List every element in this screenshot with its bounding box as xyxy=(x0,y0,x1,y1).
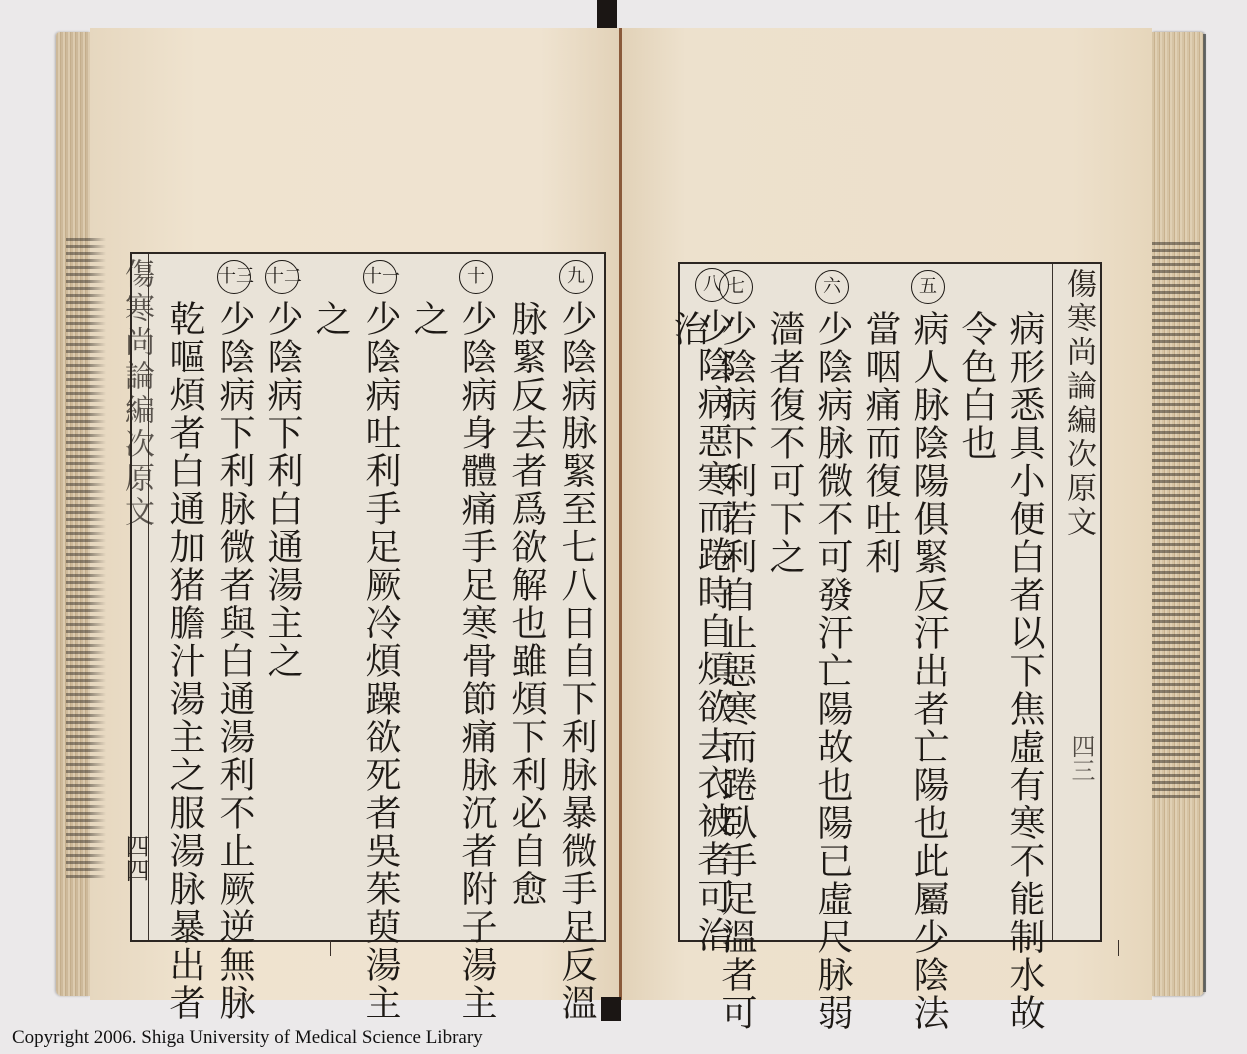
text-column: 脉緊反去者爲欲解也雖煩下利必自愈 xyxy=(504,300,548,908)
bookmark-ribbon-bottom xyxy=(601,997,621,1021)
text-column: 令色白也 xyxy=(954,310,998,462)
entry-number-badge: 十三 xyxy=(217,260,251,294)
margin-title: 傷寒尚論編次原文 xyxy=(114,258,158,530)
copyright-notice: Copyright 2006. Shiga University of Medi… xyxy=(12,1027,483,1049)
text-column: 九少陰病脉緊至七八日自下利脉暴微手足反溫 xyxy=(554,260,598,1022)
fold-line xyxy=(1052,264,1053,940)
text-column: 十少陰病身體痛手足寒骨節痛脉沉者附子湯主 xyxy=(454,260,498,1022)
open-book: 傷寒尚論編次原文 四四 九少陰病脉緊至七八日自下利脉暴微手足反溫 脉緊反去者爲欲… xyxy=(56,28,1204,1004)
right-page-frame: 傷寒尚論編次原文 四三 病形悉具小便白者以下焦虛有寒不能制水故 令色白也 五病人… xyxy=(678,262,1102,942)
ink-bleed-left xyxy=(66,238,106,878)
entry-number-badge: 九 xyxy=(559,260,593,294)
text-column: 五病人脉陰陽俱緊反汗出者亡陽也此屬少陰法 xyxy=(906,270,950,1032)
cut-mark xyxy=(1118,940,1119,956)
text-column: 之 xyxy=(406,300,450,338)
left-page: 傷寒尚論編次原文 四四 九少陰病脉緊至七八日自下利脉暴微手足反溫 脉緊反去者爲欲… xyxy=(90,28,620,1000)
margin-title: 傷寒尚論編次原文 xyxy=(1056,268,1100,540)
page-number: 四四 xyxy=(118,834,153,882)
entry-number-badge: 十 xyxy=(459,260,493,294)
entry-number-badge: 十二 xyxy=(265,260,299,294)
left-page-frame: 傷寒尚論編次原文 四四 九少陰病脉緊至七八日自下利脉暴微手足反溫 脉緊反去者爲欲… xyxy=(130,252,606,942)
entry-number-badge: 五 xyxy=(911,270,945,304)
cut-mark xyxy=(330,940,331,956)
text-column: 十三少陰病下利脉微者與白通湯利不止厥逆無脉 xyxy=(212,260,256,1022)
text-column: 濇者復不可下之 xyxy=(762,310,806,576)
text-column: 之 xyxy=(308,300,352,338)
entry-number-badge: 六 xyxy=(815,270,849,304)
page-number: 四三 xyxy=(1064,734,1099,782)
ink-bleed-right xyxy=(1152,238,1200,798)
text-column: 病形悉具小便白者以下焦虛有寒不能制水故 xyxy=(1002,310,1046,1032)
text-column: 十一少陰病吐利手足厥冷煩躁欲死者吳茱萸湯主 xyxy=(358,260,402,1022)
text-column: 乾嘔煩者白通加猪膽汁湯主之服湯脉暴出者 xyxy=(162,300,206,1022)
text-column: 十二少陰病下利白通湯主之 xyxy=(260,260,304,680)
text-column: 八少陰病惡寒而踡時自煩欲去衣被者可治 xyxy=(690,268,734,954)
bookmark-ribbon-top xyxy=(597,0,617,30)
text-column: 當咽痛而復吐利 xyxy=(858,310,902,576)
text-column: 六少陰病脉微不可發汗亡陽故也陽已虛尺脉弱 xyxy=(810,270,854,1032)
entry-number-badge: 八 xyxy=(695,268,729,302)
entry-number-badge: 十一 xyxy=(363,260,397,294)
